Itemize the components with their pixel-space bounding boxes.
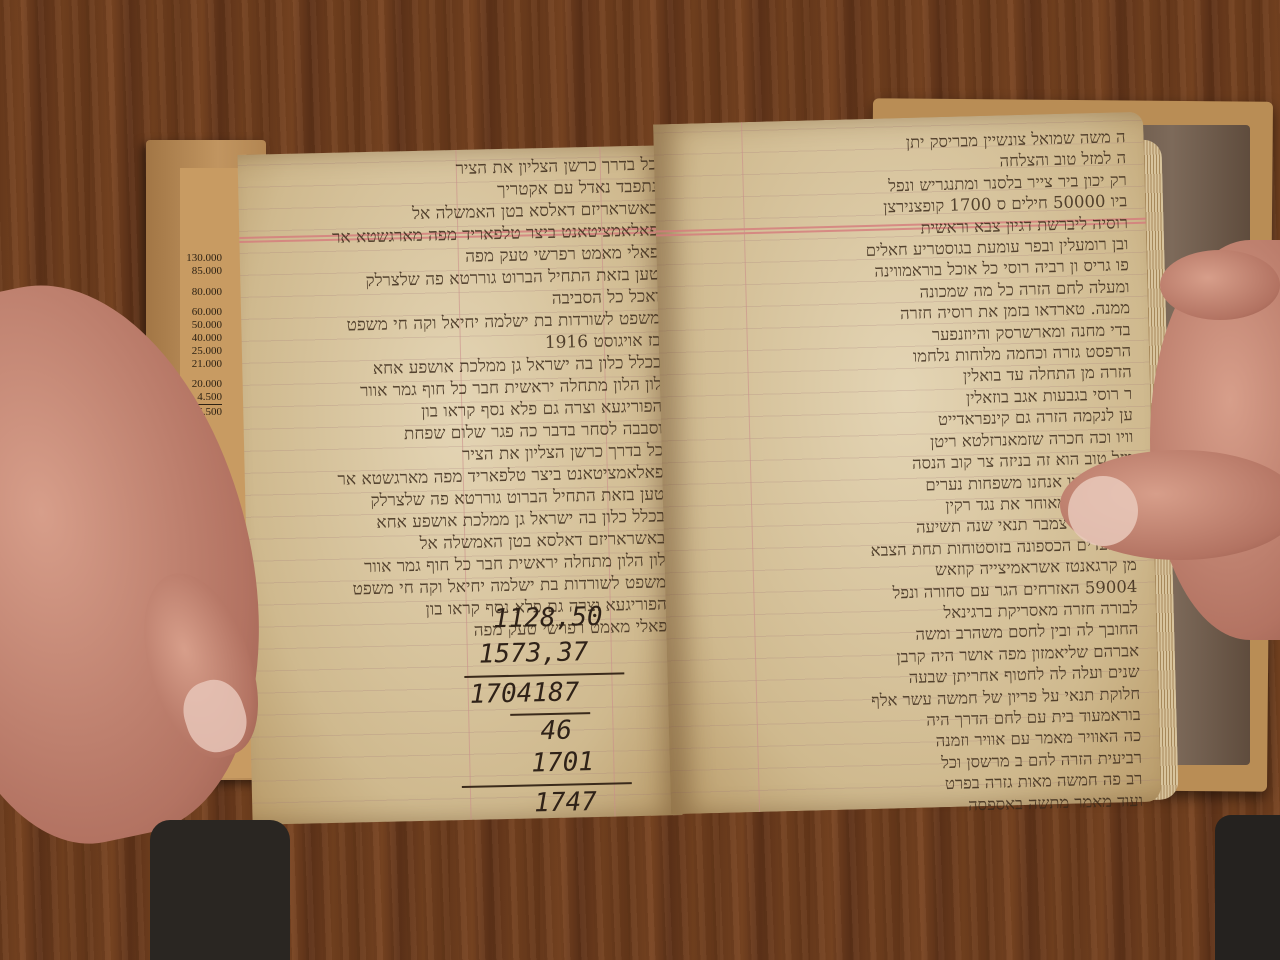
cover-number: 80.000: [160, 286, 222, 299]
ledger-rule: [464, 672, 624, 678]
cover-number: 85.000: [160, 265, 222, 278]
cover-number: 130.000: [160, 252, 222, 265]
left-page-handwriting: כל בדרך כרשן הצליון את הציר נתפבד נאדל ע…: [252, 153, 668, 646]
cover-number: 50.000: [160, 319, 222, 332]
ledger-total: 1747: [534, 787, 597, 818]
right-finger: [1160, 250, 1280, 320]
right-page-handwriting: ה משה שמואל צונשיין מבריסק יתן ה למזל טו…: [665, 126, 1143, 823]
right-page: ה משה שמואל צונשיין מבריסק יתן ה למזל טו…: [653, 112, 1161, 815]
ledger-sum: 1704187: [469, 677, 579, 709]
cover-number: 60.000: [160, 306, 222, 319]
camera-strap-left: [150, 820, 290, 960]
ledger-value: 1128,50: [493, 602, 603, 634]
cover-number: 40.000: [160, 332, 222, 345]
right-thumbnail: [1068, 476, 1138, 546]
camera-strap-right: [1215, 815, 1280, 960]
left-page: כל בדרך כרשן הצליון את הציר נתפבד נאדל ע…: [237, 145, 682, 825]
ledger-value: 1573,37: [479, 637, 589, 669]
ledger-value: 46: [540, 716, 572, 747]
cover-number: 25.000: [160, 345, 222, 358]
ledger-value: 1701: [531, 747, 594, 778]
